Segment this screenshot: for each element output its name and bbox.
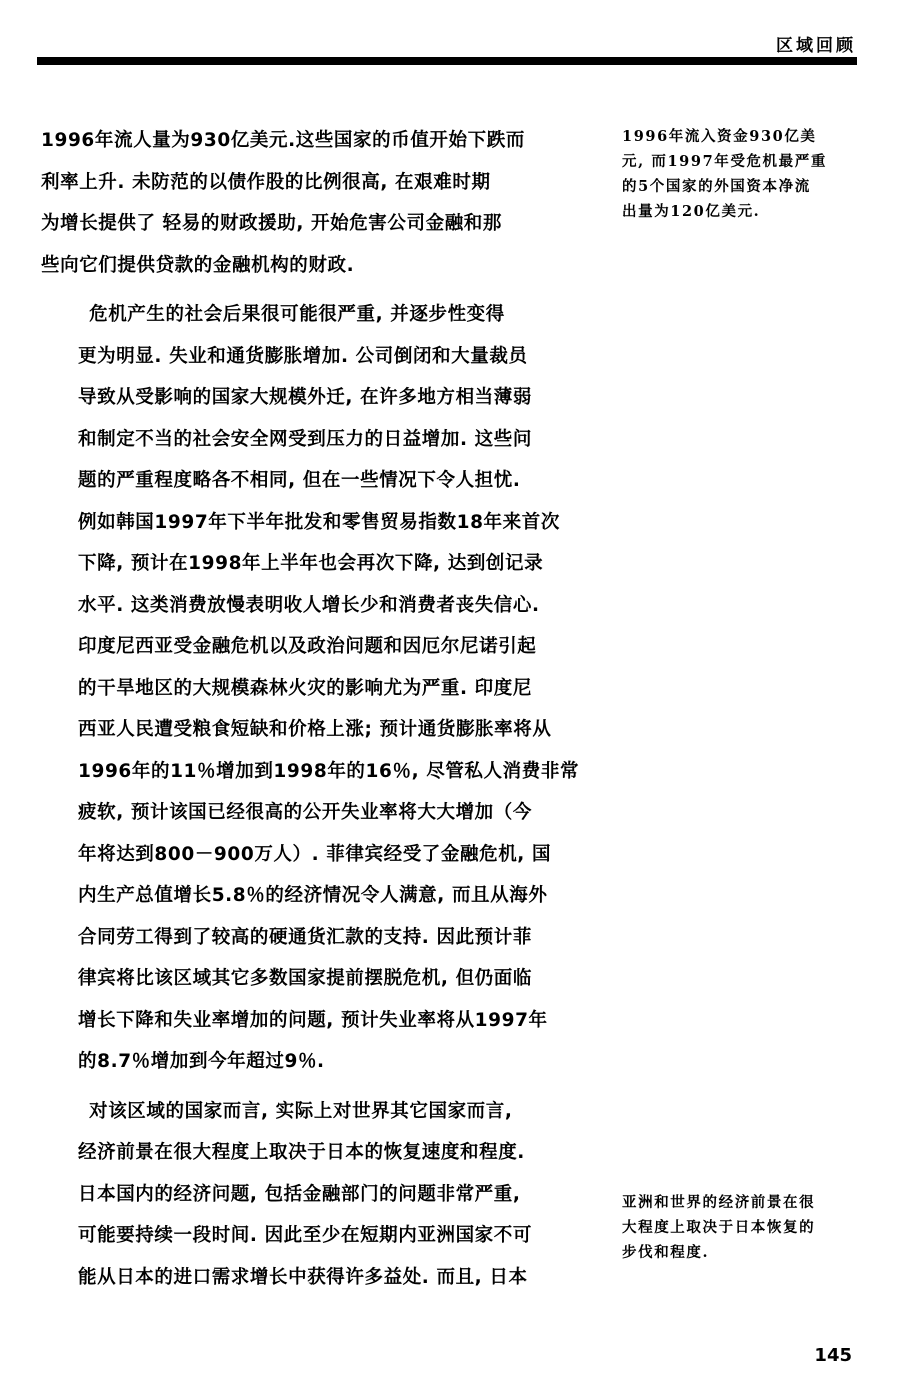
text-line: 合同劳工得到了较高的硬通货汇款的支持. 因此预计菲 <box>41 917 581 959</box>
text-line: 为增长提供了 轻易的财政援助, 开始危害公司金融和那 <box>41 203 581 245</box>
text-line: 例如韩国1997年下半年批发和零售贸易指数18年来首次 <box>41 502 581 544</box>
text-line: 下降, 预计在1998年上半年也会再次下降, 达到创记录 <box>41 543 581 585</box>
text-line: 印度尼西亚受金融危机以及政治问题和因厄尔尼诺引起 <box>41 626 581 668</box>
sidenote-line: 大程度上取决于日本恢复的 <box>622 1215 858 1240</box>
page-number: 145 <box>814 1345 852 1366</box>
paragraph-2: 危机产生的社会后果很可能很严重, 并逐步性变得 更为明显. 失业和通货膨胀增加.… <box>41 294 581 1083</box>
text-line: 内生产总值增长5.8％的经济情况令人满意, 而且从海外 <box>41 875 581 917</box>
text-line: 西亚人民遭受粮食短缺和价格上涨; 预计通货膨胀率将从 <box>41 709 581 751</box>
text-line: 年将达到800－900万人）. 菲律宾经受了金融危机, 国 <box>41 834 581 876</box>
text-line: 利率上升. 未防范的以债作股的比例很高, 在艰难时期 <box>41 162 581 204</box>
text-line: 些向它们提供贷款的金融机构的财政. <box>41 245 581 287</box>
running-head-title: 区域回顾 <box>776 31 856 56</box>
text-line: 日本国内的经济问题, 包括金融部门的问题非常严重, <box>41 1174 581 1216</box>
text-line: 律宾将比该区域其它多数国家提前摆脱危机, 但仍面临 <box>41 958 581 1000</box>
text-line: 水平. 这类消费放慢表明收人增长少和消费者丧失信心. <box>41 585 581 627</box>
sidenote-capital-flows: 1996年流入资金930亿美 元, 而1997年受危机最严重 的5个国家的外国资… <box>622 124 858 224</box>
paragraph-3: 对该区域的国家而言, 实际上对世界其它国家而言, 经济前景在很大程度上取决于日本… <box>41 1091 581 1299</box>
text-line: 疲软, 预计该国已经很高的公开失业率将大大增加（今 <box>41 792 581 834</box>
main-text-column: 1996年流人量为930亿美元.这些国家的币值开始下跌而 利率上升. 未防范的以… <box>41 120 581 1306</box>
sidenote-line: 亚洲和世界的经济前景在很 <box>622 1190 858 1215</box>
text-line: 更为明显. 失业和通货膨胀增加. 公司倒闭和大量裁员 <box>41 336 581 378</box>
text-line: 经济前景在很大程度上取决于日本的恢复速度和程度. <box>41 1132 581 1174</box>
text-line: 导致从受影响的国家大规模外迁, 在许多地方相当薄弱 <box>41 377 581 419</box>
text-line: 危机产生的社会后果很可能很严重, 并逐步性变得 <box>41 294 581 336</box>
paragraph-1: 1996年流人量为930亿美元.这些国家的币值开始下跌而 利率上升. 未防范的以… <box>41 120 581 286</box>
text-line: 题的严重程度略各不相同, 但在一些情况下令人担忧. <box>41 460 581 502</box>
sidenote-japan-recovery: 亚洲和世界的经济前景在很 大程度上取决于日本恢复的 步伐和程度. <box>622 1190 858 1265</box>
text-line: 对该区域的国家而言, 实际上对世界其它国家而言, <box>41 1091 581 1133</box>
text-line: 能从日本的进口需求增长中获得许多益处. 而且, 日本 <box>41 1257 581 1299</box>
sidenote-line: 1996年流入资金930亿美 <box>622 124 858 149</box>
text-line: 1996年的11％增加到1998年的16％, 尽管私人消费非常 <box>41 751 581 793</box>
text-line: 的8.7％增加到今年超过9％. <box>41 1041 581 1083</box>
sidenote-line: 步伐和程度. <box>622 1240 858 1265</box>
text-line: 和制定不当的社会安全网受到压力的日益增加. 这些问 <box>41 419 581 461</box>
text-line: 增长下降和失业率增加的问题, 预计失业率将从1997年 <box>41 1000 581 1042</box>
sidenote-line: 出量为120亿美元. <box>622 199 858 224</box>
text-line: 可能要持续一段时间. 因此至少在短期内亚洲国家不可 <box>41 1215 581 1257</box>
header-rule <box>37 57 857 65</box>
sidenote-line: 元, 而1997年受危机最严重 <box>622 149 858 174</box>
text-line: 1996年流人量为930亿美元.这些国家的币值开始下跌而 <box>41 120 581 162</box>
text-line: 的干旱地区的大规模森林火灾的影响尤为严重. 印度尼 <box>41 668 581 710</box>
sidenote-line: 的5个国家的外国资本净流 <box>622 174 858 199</box>
